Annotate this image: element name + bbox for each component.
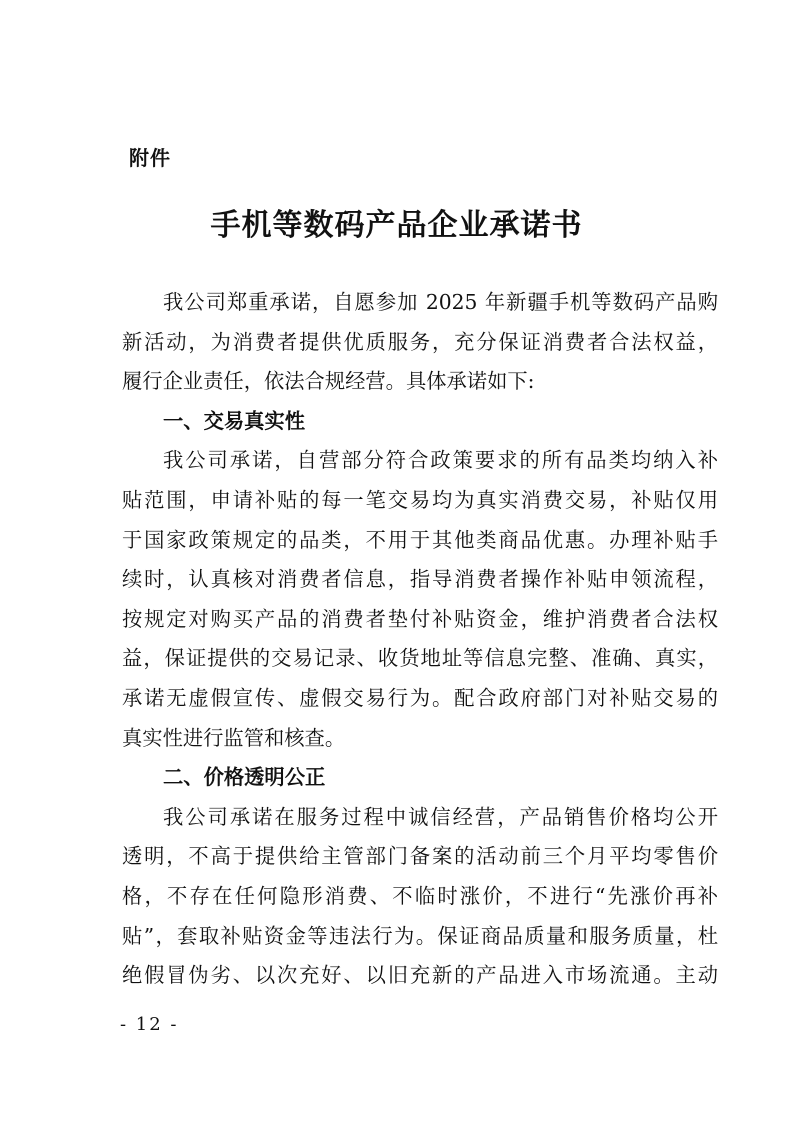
text-line: 贴”，套取补贴资金等违法行为。保证商品质量和服务质量，杜	[122, 917, 718, 957]
text-line: 贴范围，申请补贴的每一笔交易均为真实消费交易，补贴仅用	[122, 481, 718, 521]
text-line: 格，不存在任何隐形消费、不临时涨价，不进行“先涨价再补	[122, 877, 718, 917]
text-line: 我公司郑重承诺，自愿参加 2025 年新疆手机等数码产品购	[122, 283, 718, 323]
section-heading: 二、价格透明公正	[122, 758, 718, 798]
text-line: 按规定对购买产品的消费者垫付补贴资金，维护消费者合法权	[122, 600, 718, 640]
text-line: 我公司承诺，自营部分符合政策要求的所有品类均纳入补	[122, 441, 718, 481]
text-line: 续时，认真核对消费者信息，指导消费者操作补贴申领流程，	[122, 560, 718, 600]
section-transaction-authenticity: 一、交易真实性 我公司承诺，自营部分符合政策要求的所有品类均纳入补 贴范围，申请…	[122, 402, 718, 758]
text-line: 承诺无虚假宣传、虚假交易行为。配合政府部门对补贴交易的	[122, 679, 718, 719]
text-line: 益，保证提供的交易记录、收货地址等信息完整、准确、真实，	[122, 639, 718, 679]
page-number: - 12 -	[120, 1014, 179, 1035]
document-title: 手机等数码产品企业承诺书	[0, 200, 793, 244]
text-line: 真实性进行监管和核查。	[122, 719, 718, 759]
text-line: 履行企业责任，依法合规经营。具体承诺如下:	[122, 362, 718, 402]
document-body: 我公司郑重承诺，自愿参加 2025 年新疆手机等数码产品购 新活动，为消费者提供…	[122, 283, 718, 996]
text-line: 我公司承诺在服务过程中诚信经营，产品销售价格均公开	[122, 798, 718, 838]
section-heading: 一、交易真实性	[122, 402, 718, 442]
section-price-transparency: 二、价格透明公正 我公司承诺在服务过程中诚信经营，产品销售价格均公开 透明，不高…	[122, 758, 718, 996]
intro-paragraph: 我公司郑重承诺，自愿参加 2025 年新疆手机等数码产品购 新活动，为消费者提供…	[122, 283, 718, 402]
text-line: 透明，不高于提供给主管部门备案的活动前三个月平均零售价	[122, 837, 718, 877]
text-line: 绝假冒伪劣、以次充好、以旧充新的产品进入市场流通。主动	[122, 956, 718, 996]
attachment-label: 附件	[129, 142, 171, 171]
text-line: 新活动，为消费者提供优质服务，充分保证消费者合法权益，	[122, 323, 718, 363]
text-line: 于国家政策规定的品类，不用于其他类商品优惠。办理补贴手	[122, 521, 718, 561]
